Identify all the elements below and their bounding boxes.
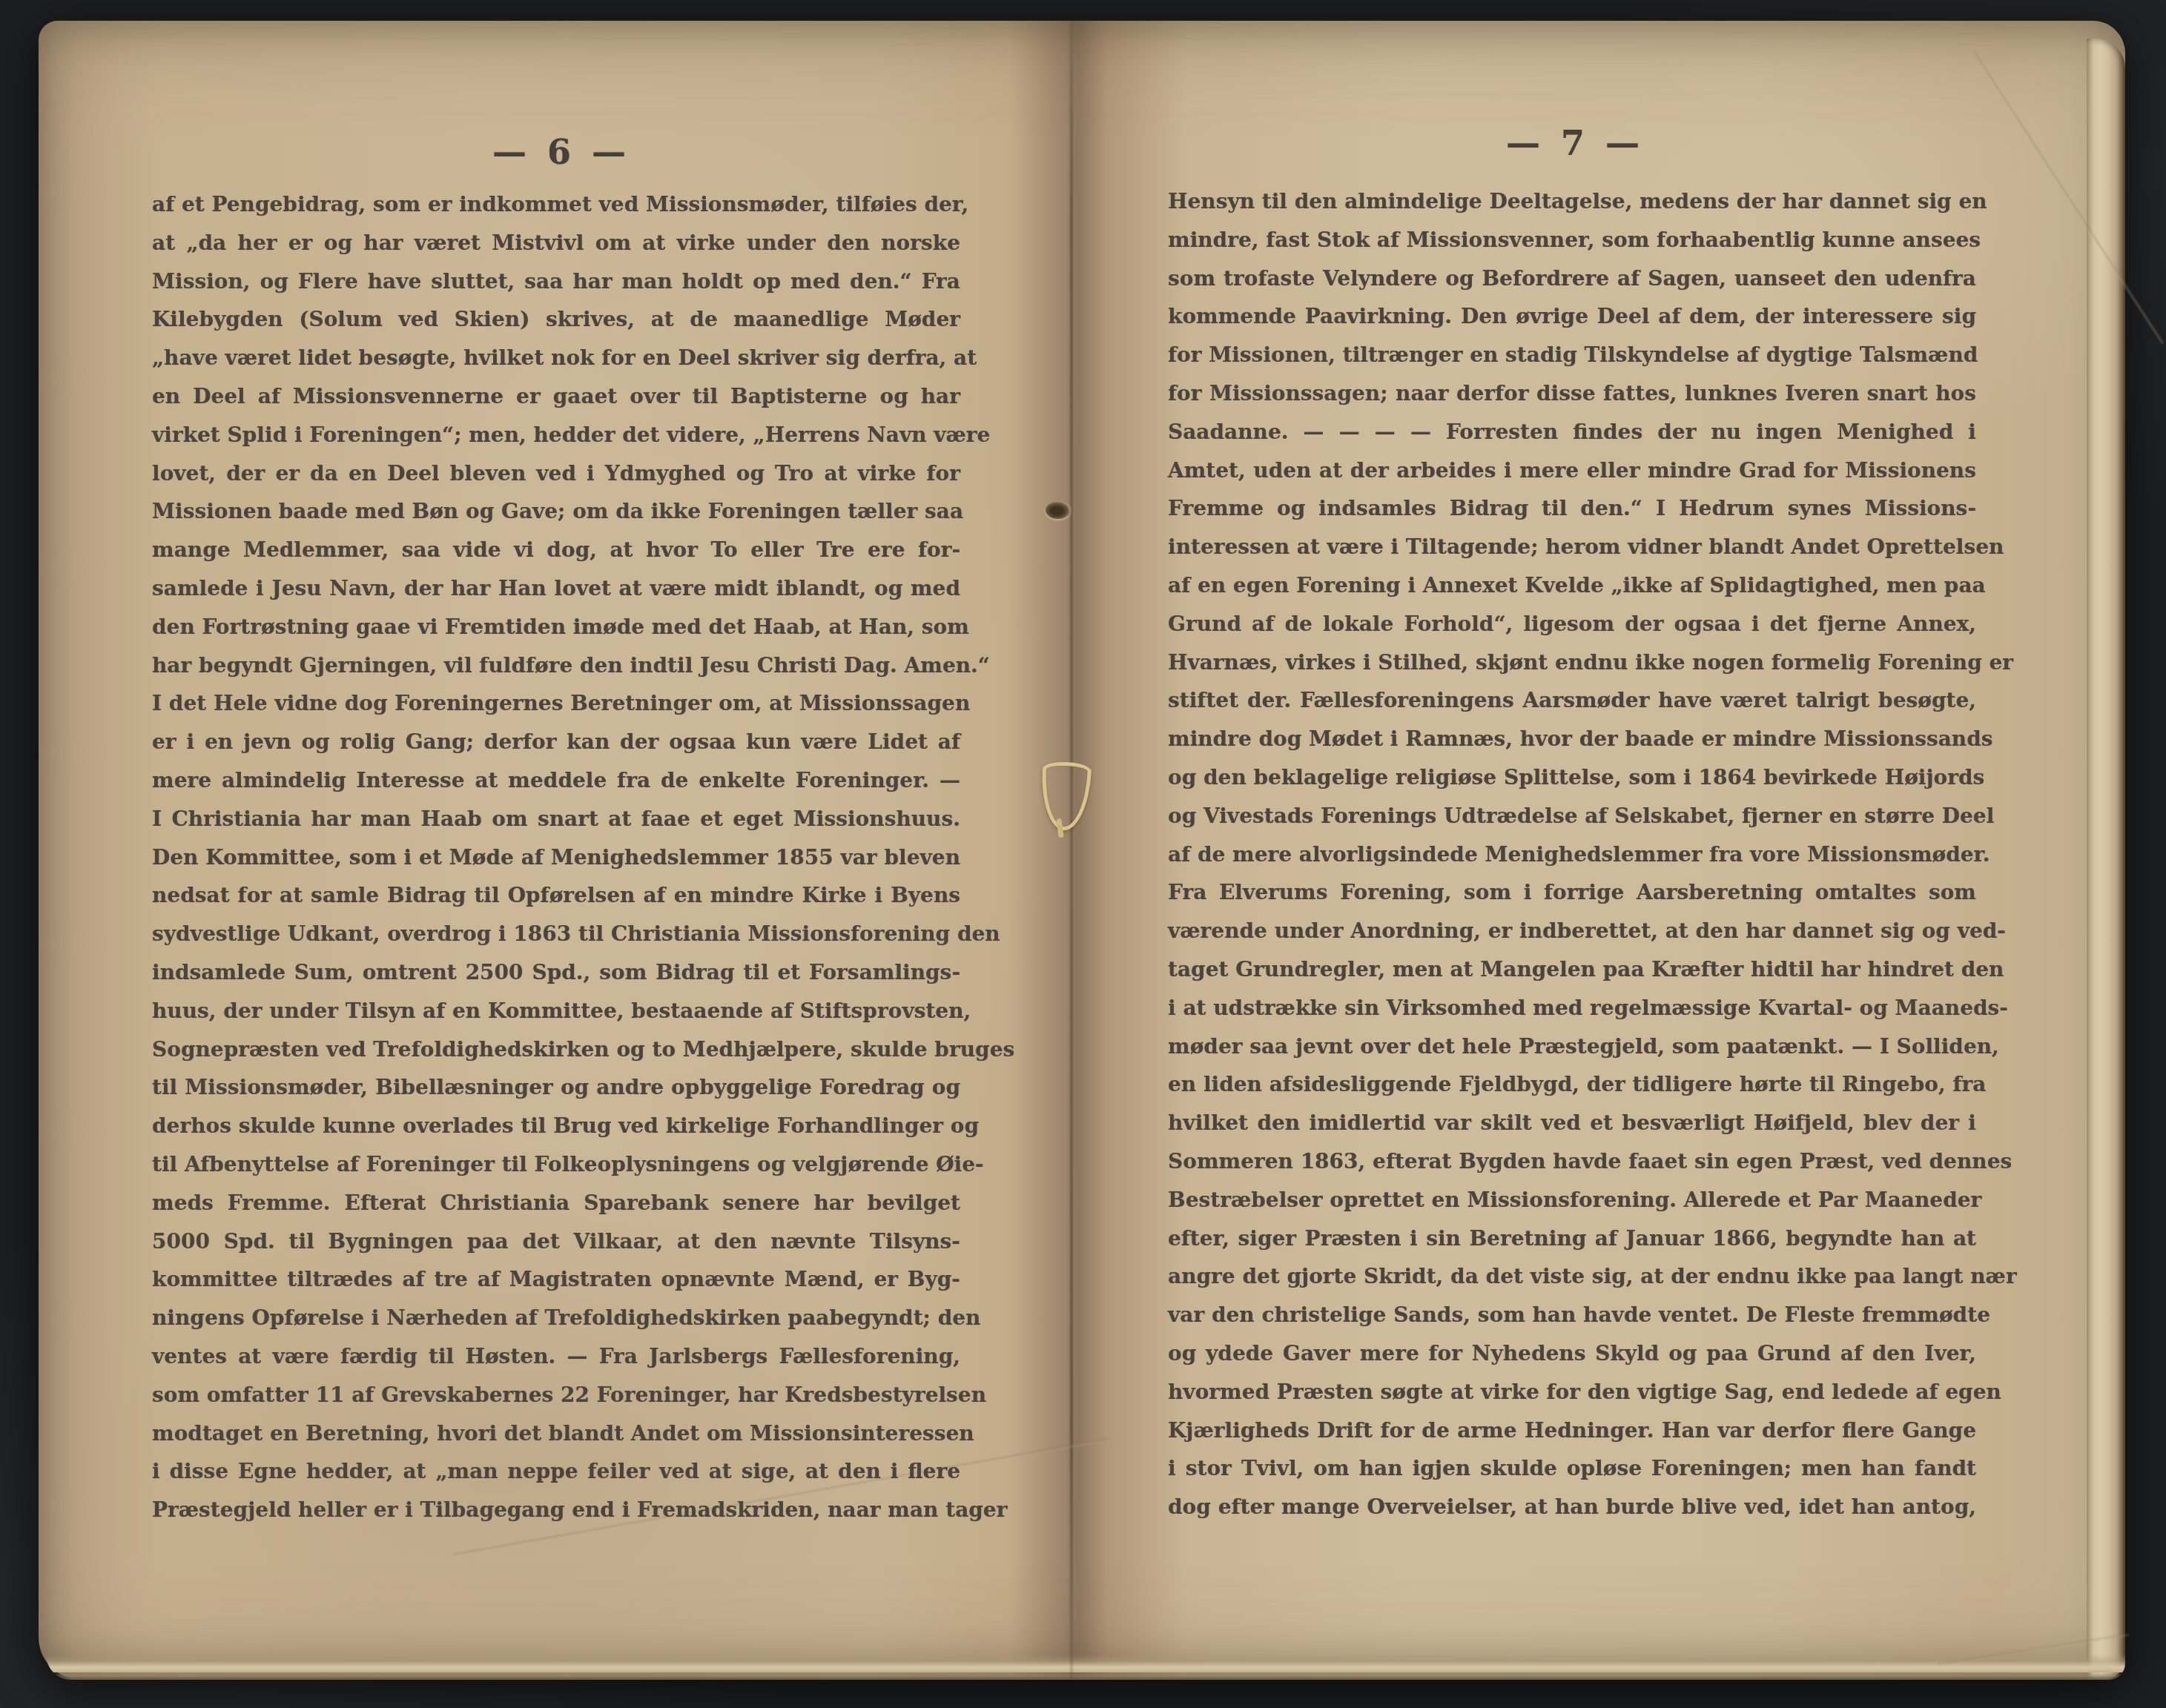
text-line: har begyndt Gjerningen, vil fuldføre den…	[152, 646, 960, 685]
text-line: Kilebygden (Solum ved Skien) skrives, at…	[152, 300, 960, 339]
text-line: 5000 Spd. til Bygningen paa det Vilkaar,…	[152, 1222, 960, 1261]
text-line: taget Grundregler, men at Mangelen paa K…	[1168, 950, 1976, 989]
text-line: Hensyn til den almindelige Deeltagelse, …	[1168, 182, 1976, 221]
text-line: kommittee tiltrædes af tre af Magistrate…	[152, 1260, 960, 1299]
text-line: for Missionssagen; naar derfor disse fat…	[1168, 374, 1976, 413]
paper-crease-right-corner	[1972, 50, 2163, 344]
text-line: sydvestlige Udkant, overdrog i 1863 til …	[152, 915, 960, 953]
text-line: meds Fremme. Efterat Christiania Spareba…	[152, 1184, 960, 1222]
text-line: af et Pengebidrag, som er indkommet ved …	[152, 185, 960, 224]
text-line: Præstegjeld heller er i Tilbagegang end …	[152, 1491, 960, 1529]
page-number-right: — 7 —	[1506, 123, 1644, 163]
text-line: nedsat for at samle Bidrag til Opførelse…	[152, 876, 960, 915]
text-line: indsamlede Sum, omtrent 2500 Spd., som B…	[152, 953, 960, 992]
text-line: den Fortrøstning gaae vi Fremtiden imøde…	[152, 608, 960, 646]
text-line: Saadanne. — — — — Forresten findes der n…	[1168, 413, 1976, 451]
text-line: Fremme og indsamles Bidrag til den.“ I H…	[1168, 489, 1976, 528]
text-line: i at udstrække sin Virksomhed med regelm…	[1168, 989, 1976, 1027]
text-line: og ydede Gaver mere for Nyhedens Skyld o…	[1168, 1334, 1976, 1373]
text-line: i disse Egne hedder, at „man neppe feile…	[152, 1452, 960, 1491]
text-line: „have været lidet besøgte, hvilket nok f…	[152, 339, 960, 377]
text-line: Missionen baade med Bøn og Gave; om da i…	[152, 492, 960, 531]
page-number-left: — 6 —	[492, 132, 630, 172]
text-line: Bestræbelser oprettet en Missionsforenin…	[1168, 1181, 1976, 1219]
text-line: er i en jevn og rolig Gang; derfor kan d…	[152, 723, 960, 761]
text-line: virket Splid i Foreningen“; men, hedder …	[152, 416, 960, 454]
text-line: Grund af de lokale Forhold“, ligesom der…	[1168, 605, 1976, 643]
text-line: dog efter mange Overveielser, at han bur…	[1168, 1488, 1976, 1526]
gutter-fold-crease	[1070, 21, 1073, 1680]
text-line: i stor Tvivl, om han igjen skulde opløse…	[1168, 1449, 1976, 1488]
text-line: af en egen Forening i Annexet Kvelde „ik…	[1168, 566, 1976, 605]
book-spread: — 6 — af et Pengebidrag, som er indkomme…	[39, 21, 2125, 1680]
text-line: mindre, fast Stok af Missionsvenner, som…	[1168, 221, 1976, 259]
text-line: af de mere alvorligsindede Menighedslemm…	[1168, 835, 1976, 874]
text-line: en liden afsidesliggende Fjeldbygd, der …	[1168, 1065, 1976, 1104]
text-line: angre det gjorte Skridt, da det viste si…	[1168, 1257, 1976, 1296]
text-line: Amtet, uden at der arbeides i mere eller…	[1168, 451, 1976, 490]
text-line: at „da her er og har været Mistvivl om a…	[152, 224, 960, 262]
text-line: ventes at være færdig til Høsten. — Fra …	[152, 1337, 960, 1376]
text-line: kommende Paavirkning. Den øvrige Deel af…	[1168, 297, 1976, 336]
text-line: som omfatter 11 af Grevskabernes 22 Fore…	[152, 1376, 960, 1414]
page-stack-edge-bottom	[46, 1655, 2125, 1680]
text-line: ningens Opførelse i Nærheden af Trefoldi…	[152, 1299, 960, 1337]
page-left-text-block: af et Pengebidrag, som er indkommet ved …	[152, 185, 960, 1529]
text-line: hvilket den imidlertid var skilt ved et …	[1168, 1104, 1976, 1142]
text-line: Mission, og Flere have sluttet, saa har …	[152, 262, 960, 301]
page-stack-edge-right	[2087, 39, 2125, 1680]
text-line: derhos skulde kunne overlades til Brug v…	[152, 1107, 960, 1145]
text-line: og Vivestads Forenings Udtrædelse af Sel…	[1168, 797, 1976, 835]
text-line: samlede i Jesu Navn, der har Han lovet a…	[152, 569, 960, 608]
text-line: Den Kommittee, som i et Møde af Menighed…	[152, 838, 960, 877]
text-line: som trofaste Velyndere og Befordrere af …	[1168, 259, 1976, 298]
photo-background: — 6 — af et Pengebidrag, som er indkomme…	[0, 0, 2166, 1708]
text-line: til Afbenyttelse af Foreninger til Folke…	[152, 1145, 960, 1184]
page-right-text-block: Hensyn til den almindelige Deeltagelse, …	[1168, 182, 1976, 1526]
binding-stitch-hole	[1046, 501, 1071, 519]
text-line: Sognepræsten ved Trefoldighedskirken og …	[152, 1030, 960, 1069]
text-line: Fra Elverums Forening, som i forrige Aar…	[1168, 873, 1976, 912]
text-line: efter, siger Præsten i sin Beretning af …	[1168, 1219, 1976, 1258]
text-line: værende under Anordning, er indberettet,…	[1168, 912, 1976, 950]
text-line: Sommeren 1863, efterat Bygden havde faae…	[1168, 1142, 1976, 1181]
text-line: for Missionen, tiltrænger en stadig Tils…	[1168, 336, 1976, 374]
binding-thread-loop	[1040, 761, 1092, 831]
text-line: Kjærligheds Drift for de arme Hedninger.…	[1168, 1411, 1976, 1450]
text-line: huus, der under Tilsyn af en Kommittee, …	[152, 992, 960, 1030]
text-line: I Christiania har man Haab om snart at f…	[152, 800, 960, 838]
text-line: til Missionsmøder, Bibellæsninger og and…	[152, 1068, 960, 1107]
text-line: mange Medlemmer, saa vide vi dog, at hvo…	[152, 531, 960, 569]
text-line: mindre dog Mødet i Ramnæs, hvor der baad…	[1168, 720, 1976, 758]
text-line: var den christelige Sands, som han havde…	[1168, 1296, 1976, 1334]
text-line: I det Hele vidne dog Foreningernes Beret…	[152, 684, 960, 723]
text-line: modtaget en Beretning, hvori det blandt …	[152, 1414, 960, 1453]
text-line: interessen at være i Tiltagende; herom v…	[1168, 528, 1976, 566]
text-line: mere almindelig Interesse at meddele fra…	[152, 761, 960, 800]
text-line: en Deel af Missionsvennerne er gaaet ove…	[152, 377, 960, 416]
text-line: Hvarnæs, virkes i Stilhed, skjønt endnu …	[1168, 643, 1976, 682]
text-line: møder saa jevnt over det hele Præstegjel…	[1168, 1027, 1976, 1066]
text-line: hvormed Præsten søgte at virke for den v…	[1168, 1373, 1976, 1411]
text-line: stiftet der. Fællesforeningens Aarsmøder…	[1168, 681, 1976, 720]
text-line: lovet, der er da en Deel bleven ved i Yd…	[152, 454, 960, 493]
text-line: og den beklagelige religiøse Splittelse,…	[1168, 758, 1976, 797]
